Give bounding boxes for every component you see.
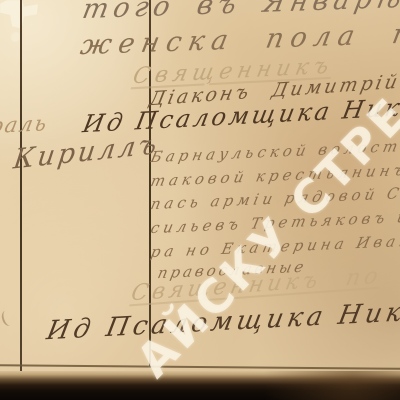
psalmist-signature-bottom: Ид Псаломщика Никифор [44, 293, 400, 347]
margin-month-fragment: раль [0, 111, 51, 138]
paper-flaw-speck [11, 32, 20, 42]
column-rule-left [20, 0, 22, 372]
entry-body-line: Барнаульской волости [149, 136, 400, 166]
row-rule-bottom [0, 364, 400, 369]
manuscript-page: раль Кириллъ того въ Январѣ мѣ женска по… [0, 0, 400, 400]
margin-scribble [0, 309, 16, 328]
page-bottom-edge [0, 371, 400, 400]
